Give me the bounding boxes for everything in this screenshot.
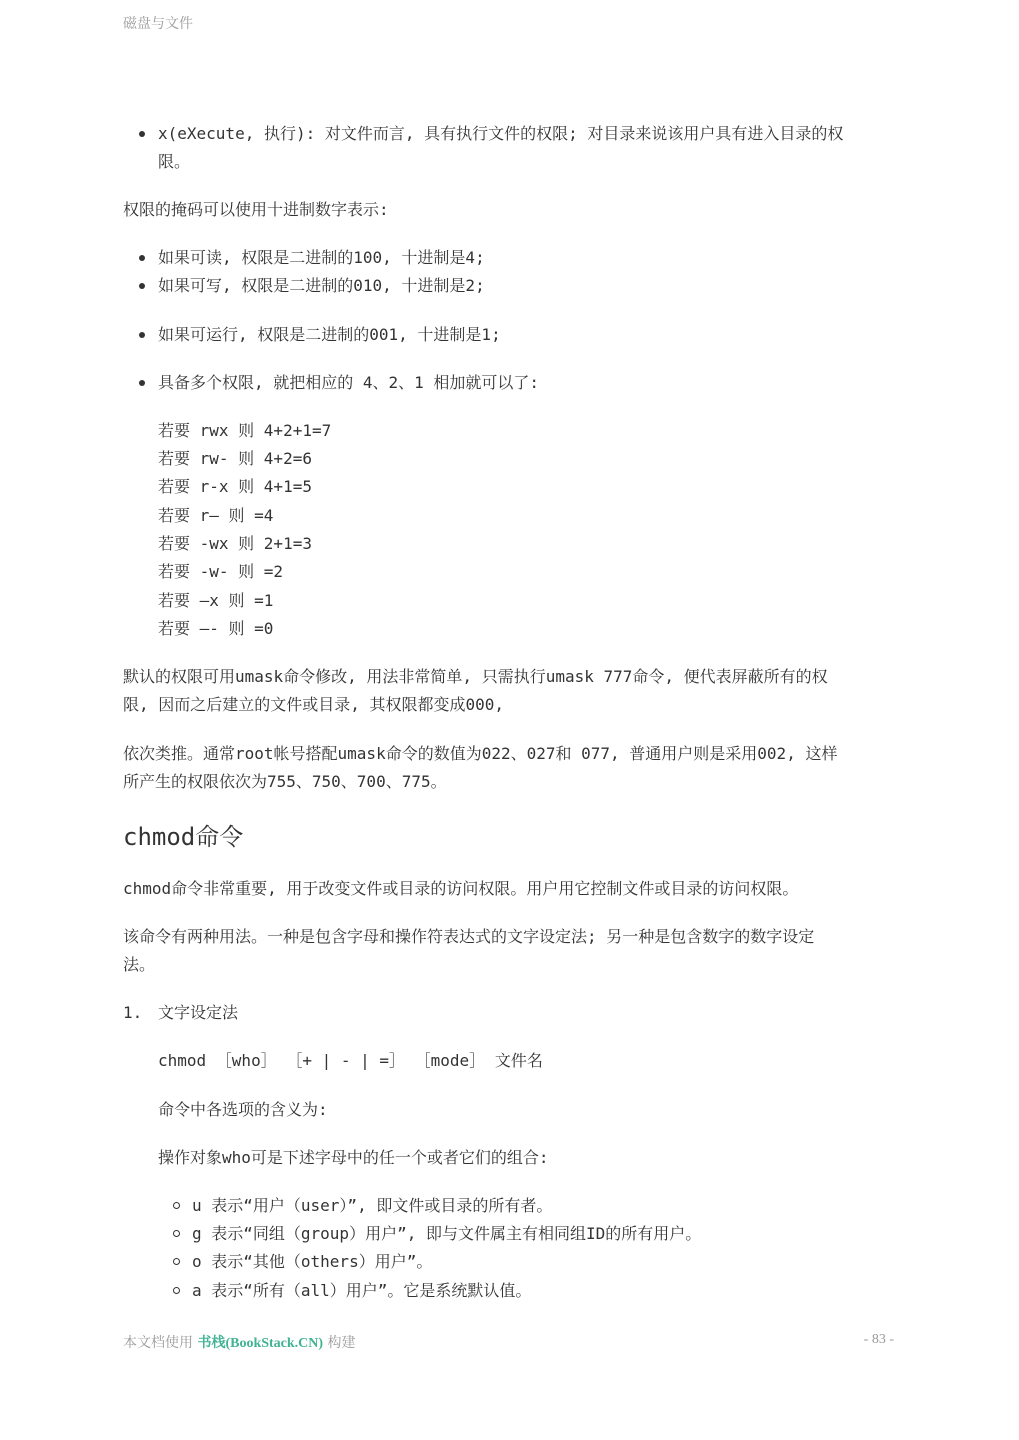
combo-line: 若要 -w- 则 =2 — [158, 558, 283, 586]
circle-bullet-icon — [173, 1202, 180, 1209]
who-item-o: o 表示“其他（others）用户”。 — [192, 1248, 432, 1276]
footer-credit: 本文档使用 书栈(BookStack.CN) 构建 — [123, 1332, 356, 1352]
running-header: 磁盘与文件 — [123, 13, 193, 33]
who-item-a: a 表示“所有（all）用户”。它是系统默认值。 — [192, 1277, 531, 1305]
bullet-icon — [139, 255, 145, 261]
ordered-item-label: 文字设定法 — [158, 999, 238, 1027]
root-paragraph-line1: 依次类推。通常root帐号搭配umask命令的数值为022、027和 077, … — [123, 740, 837, 768]
mask-bullet: 如果可写, 权限是二进制的010, 十进制是2; — [158, 272, 485, 300]
bullet-icon — [139, 283, 145, 289]
usage-paragraph-line2: 法。 — [123, 951, 155, 979]
options-intro: 命令中各选项的含义为: — [158, 1096, 328, 1124]
execute-bullet-line1: x(eXecute, 执行): 对文件而言, 具有执行文件的权限; 对目录来说该… — [158, 120, 843, 148]
root-paragraph-line2: 所产生的权限依次为755、750、700、775。 — [123, 768, 447, 796]
umask-paragraph-line2: 限, 因而之后建立的文件或目录, 其权限都变成000, — [123, 691, 504, 719]
who-intro: 操作对象who可是下述字母中的任一个或者它们的组合: — [158, 1144, 549, 1172]
usage-paragraph-line1: 该命令有两种用法。一种是包含字母和操作符表达式的文字设定法; 另一种是包含数字的… — [123, 923, 814, 951]
combo-line: 若要 rw- 则 4+2=6 — [158, 445, 312, 473]
who-item-u: u 表示“用户（user）”, 即文件或目录的所有者。 — [192, 1192, 552, 1220]
combo-line: 若要 -wx 则 2+1=3 — [158, 530, 312, 558]
bullet-icon — [139, 380, 145, 386]
footer-suffix: 构建 — [328, 1335, 356, 1351]
mask-bullet: 具备多个权限, 就把相应的 4、2、1 相加就可以了: — [158, 369, 539, 397]
ordered-item-number: 1. — [123, 999, 142, 1027]
execute-bullet-line2: 限。 — [158, 148, 190, 176]
section-heading-chmod: chmod命令 — [123, 822, 243, 852]
bullet-icon — [139, 332, 145, 338]
page-number: - 83 - — [864, 1332, 894, 1348]
combo-line: 若要 —x 则 =1 — [158, 587, 273, 615]
combo-line: 若要 r-x 则 4+1=5 — [158, 473, 312, 501]
chmod-syntax: chmod ［who］ ［+ | - | =］ ［mode］ 文件名 — [158, 1047, 543, 1075]
who-item-g: g 表示“同组（group）用户”, 即与文件属主有相同组ID的所有用户。 — [192, 1220, 701, 1248]
combo-line: 若要 r— 则 =4 — [158, 502, 273, 530]
bullet-icon — [139, 131, 145, 137]
mask-bullet: 如果可运行, 权限是二进制的001, 十进制是1; — [158, 321, 501, 349]
circle-bullet-icon — [173, 1230, 180, 1237]
circle-bullet-icon — [173, 1258, 180, 1265]
combo-line: 若要 rwx 则 4+2+1=7 — [158, 417, 331, 445]
chmod-intro: chmod命令非常重要, 用于改变文件或目录的访问权限。用户用它控制文件或目录的… — [123, 875, 798, 903]
umask-paragraph-line1: 默认的权限可用umask命令修改, 用法非常简单, 只需执行umask 777命… — [123, 663, 828, 691]
footer-prefix: 本文档使用 — [123, 1335, 193, 1351]
mask-intro: 权限的掩码可以使用十进制数字表示: — [123, 196, 389, 224]
circle-bullet-icon — [173, 1287, 180, 1294]
bookstack-link[interactable]: 书栈(BookStack.CN) — [197, 1336, 323, 1351]
mask-bullet: 如果可读, 权限是二进制的100, 十进制是4; — [158, 244, 485, 272]
combo-line: 若要 —- 则 =0 — [158, 615, 273, 643]
